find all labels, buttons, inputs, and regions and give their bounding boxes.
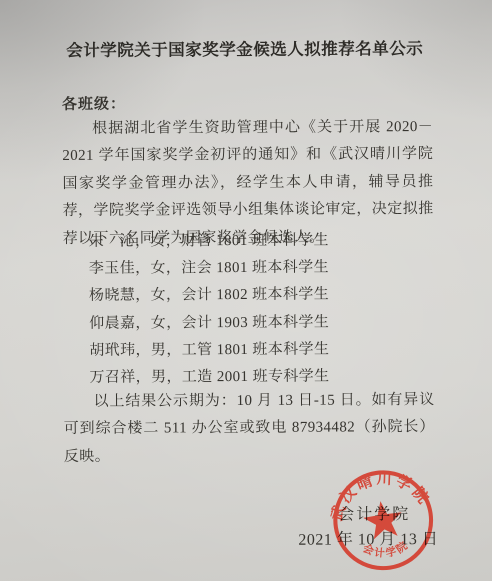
document-sheet: 会计学院关于国家奖学金候选人拟推荐名单公示 各班级： 根据湖北省学生资助管理中心… (0, 0, 492, 581)
candidate-row: 李玉佳，女，注会 1801 班本科学生 (89, 255, 329, 283)
seal-bottom-text: 会计学院 (359, 535, 412, 563)
closing-paragraph: 以上结果公示期为：10 月 13 日-15 日。如有异议可到综合楼二 511 办… (64, 387, 435, 471)
candidate-row: 朱 沁，女，财管 1801 班本科学生 (89, 228, 329, 256)
svg-text:会计学院: 会计学院 (359, 535, 412, 563)
candidate-row: 胡玳玮，男，工管 1801 班本科学生 (89, 336, 329, 364)
official-seal: 武汉晴川学院 会计学院 (319, 456, 448, 581)
salutation: 各班级： (62, 93, 126, 114)
candidate-list: 朱 沁，女，财管 1801 班本科学生 李玉佳，女，注会 1801 班本科学生 … (89, 228, 330, 392)
document-title: 会计学院关于国家奖学金候选人拟推荐名单公示 (0, 35, 491, 62)
candidate-row: 仰晨嘉，女，会计 1903 班本科学生 (89, 309, 329, 337)
seal-star-icon (361, 498, 405, 540)
seal-graphic: 武汉晴川学院 会计学院 (319, 456, 448, 581)
candidate-row: 杨晓慧，女，会计 1802 班本科学生 (89, 282, 329, 310)
